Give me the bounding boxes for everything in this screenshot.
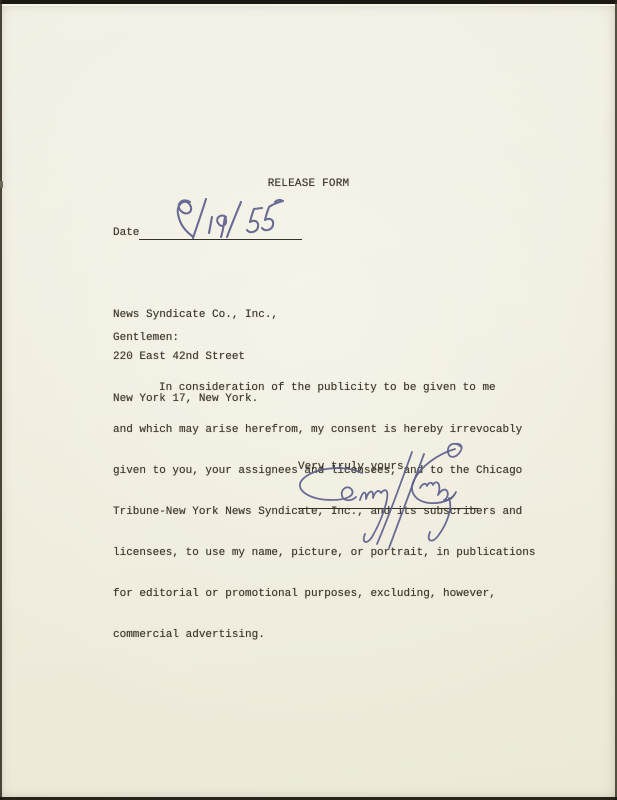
handwritten-signature	[285, 440, 495, 555]
recipient-line: News Syndicate Co., Inc.,	[113, 308, 278, 322]
salutation: Gentlemen:	[113, 332, 179, 344]
document-title: RELEASE FORM	[0, 178, 617, 190]
handwritten-date	[165, 192, 290, 247]
body-line: commercial advertising.	[113, 629, 535, 643]
body-line: for editorial or promotional purposes, e…	[113, 588, 535, 602]
scanned-letter: RELEASE FORM Date News Syndicate Co., In…	[0, 0, 617, 800]
scan-edge-left	[0, 0, 2, 800]
scan-edge-top-highlight	[0, 4, 617, 6]
date-label: Date	[113, 227, 139, 239]
body-line: and which may arise herefrom, my consent…	[113, 424, 535, 438]
body-line: In consideration of the publicity to be …	[113, 382, 535, 396]
